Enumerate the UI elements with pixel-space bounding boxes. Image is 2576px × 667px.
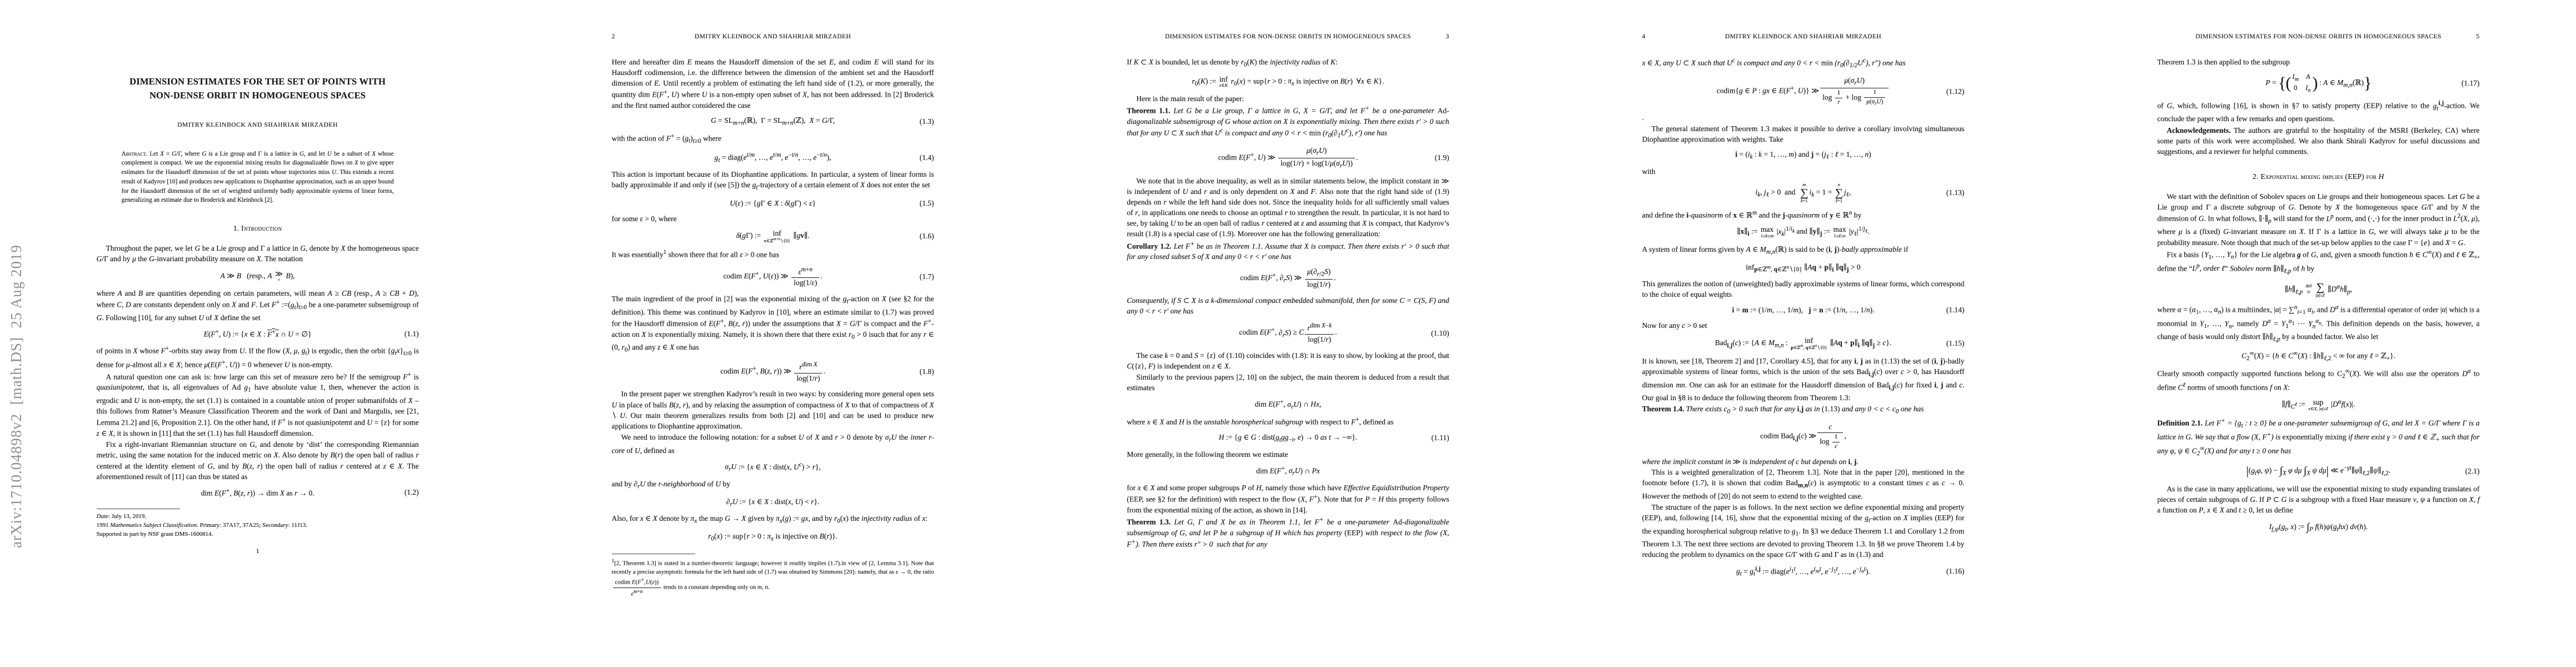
page-1-content: DIMENSION ESTIMATES FOR THE SET OF POINT… (97, 0, 419, 555)
paragraph: As is the case in many applications, we … (2158, 484, 2480, 515)
paragraph: for x ∈ X and some proper subgroups P of… (1127, 482, 1449, 515)
paragraph: of G, which, following [16], is shown in… (2158, 99, 2480, 124)
display-equation: codim E(F+, ∂rS) ≫ μ(∂r/2S)log(1/r). (1127, 267, 1449, 290)
paragraph: This generalizes the notion of (unweight… (1642, 278, 1965, 300)
equation-tag: (1.16) (1946, 567, 1965, 576)
paragraph: This action is important because of its … (612, 169, 934, 193)
equation-body: G = SLm+n(ℝ), Γ = SLm+n(ℤ), X = G/Γ, (711, 116, 835, 127)
page-5: DIMENSION ESTIMATES FOR NON-DENSE ORBITS… (2061, 0, 2576, 667)
equation-tag: (2.1) (2465, 467, 2480, 476)
paragraph: and by ∂rU the r-neighborhood of U by (612, 479, 934, 492)
equation-tag: (1.12) (1946, 87, 1965, 96)
header-page-number-right: 5 (2458, 33, 2480, 40)
display-equation: r0(x) := sup{r > 0 : πx is injective on … (612, 532, 934, 542)
display-equation: dim E(F+, σrU) ∩ Hx, (1127, 399, 1449, 410)
paragraph: The case k = 0 and S = {z} of (1.10) coi… (1127, 350, 1449, 371)
equation-body: A ≫ B (resp., A ≫+ B), (221, 270, 295, 282)
display-equation-2.1: |(gtφ, ψ) − ∫X φ dμ ∫X ψ dμ| ≪ e−γt∥φ∥ℓ,… (2158, 464, 2480, 478)
display-equation-1.7: codim E(F+, U(ε)) ≫ εm+nlog(1/ε).(1.7) (612, 266, 934, 288)
paper-scan: { "colors": { "background": "#ffffff", "… (0, 0, 2576, 667)
display-equation-1.1: E(F+, U) := {x ∈ X : F+x ∩ U = ∅}(1.1) (97, 328, 419, 339)
document-pages: DIMENSION ESTIMATES FOR THE SET OF POINT… (0, 0, 2576, 667)
equation-body: codim E(F+, U(ε)) ≫ εm+nlog(1/ε). (723, 266, 822, 288)
header-running-title: DIMENSION ESTIMATES FOR NON-DENSE ORBITS… (1149, 33, 1427, 40)
paragraph: Throughout the paper, we let G be a Lie … (97, 243, 419, 264)
header-page-number-left: 4 (1642, 33, 1665, 40)
equation-body: infp∈ℤm, q∈ℤn∖{0} ∥Aq + p∥i ∥q∥j > 0 (1746, 263, 1860, 273)
footnote-rule (612, 554, 695, 554)
equation-body: codim{g ∈ P : gx ∈ E(F+, U)} ≫μ(σrU)log … (1717, 76, 1890, 107)
display-equation-1.6: δ(gΓ) := infv∈ℤm+n∖{0} ∥gv∥.(1.6) (612, 230, 934, 243)
equation-tag: (1.8) (920, 367, 934, 376)
display-equation: r0(K) := infx∈K r0(x) = sup{r > 0 : πx i… (1127, 76, 1449, 88)
paper-abstract: Abstract. Let X = G/Γ, where G is a Lie … (122, 150, 394, 206)
display-equation: A ≫ B (resp., A ≫+ B), (97, 270, 419, 282)
equation-body: dim E(F+, B(z, r)) → dim X as r → 0. (201, 487, 314, 498)
paragraph: Similarly to the previous papers [2, 10]… (1127, 372, 1449, 393)
paper-title: DIMENSION ESTIMATES FOR THE SET OF POINT… (97, 75, 419, 103)
paragraph: We start with the definition of Sobolev … (2158, 191, 2480, 248)
running-header: 4DMITRY KLEINBOCK AND SHAHRIAR MIRZADEH (1642, 33, 1965, 40)
equation-body: dim E(F+, σrU) ∩ Px (1256, 465, 1320, 477)
header-page-number-left: 2 (612, 33, 634, 40)
display-equation-1.9: codim E(F+, U) ≫ μ(σrU)log(1/r) + log(1/… (1127, 146, 1449, 170)
paragraph: The structure of the paper is as follows… (1642, 502, 1965, 560)
equation-body: i = m := (1/m, …, 1/m), j = n := (1/n, …… (1732, 306, 1875, 315)
display-equation-1.17: P = {(ImA0In) : A ∈ Mm,n(ℝ)}(1.17) (2158, 73, 2480, 94)
equation-body: codim Badi,j(c) ≫clog 1c, (1760, 422, 1846, 451)
paragraph: A natural question one can ask is: how l… (97, 371, 419, 439)
equation-tag: (1.17) (2462, 79, 2480, 88)
paragraph: Here and hereafter dim E means the Hausd… (612, 57, 934, 111)
display-equation-1.16: gt = gti,j := diag(ei1t, …, eimt, e−j1t,… (1642, 566, 1965, 578)
display-equation: infp∈ℤm, q∈ℤn∖{0} ∥Aq + p∥i ∥q∥j > 0 (1642, 263, 1965, 273)
footnote: 1[2, Theorem 1.3] is stated in a number-… (612, 558, 934, 598)
equation-body: gt = diag(et/m, …, et/m, e−t/n, …, e−t/n… (715, 152, 831, 163)
theorem-paragraph: where the implicit constant in ≫ is inde… (1642, 456, 1965, 467)
paragraph: Here is the main result of the paper: (1127, 93, 1449, 104)
display-equation-1.11: H := {g ∈ G : dist(gtgg−t, e) → 0 as t →… (1127, 433, 1449, 444)
equation-tag: (1.3) (920, 117, 934, 126)
equation-tag: (1.1) (405, 330, 419, 339)
equation-body: codim E(F+, B(z, r)) ≫ rdim Xlog(1/r). (720, 361, 825, 383)
equation-body: ik, jℓ > 0 and m∑k=1ik = 1 = n∑ℓ=1jℓ, (1755, 182, 1851, 203)
paragraph: A system of linear forms given by A ∈ Mm… (1642, 244, 1965, 257)
equation-body: ∥h∥ℓ,p def= ∑|α|≤ℓ ∥Dαh∥p, (2285, 282, 2352, 298)
equation-tag: (1.5) (920, 199, 934, 208)
paper-authors: DMITRY KLEINBOCK AND SHAHRIAR MIRZADEH (97, 122, 419, 128)
running-header: 2DMITRY KLEINBOCK AND SHAHRIAR MIRZADEH (612, 33, 934, 40)
equation-body: i = (ik : k = 1, …, m) and j = (jℓ : ℓ =… (1735, 150, 1871, 161)
theorem-paragraph: Consequently, if S ⊂ X is a k-dimensiona… (1127, 295, 1449, 316)
paragraph: In the present paper we strengthen Kadyr… (612, 389, 934, 431)
equation-body: E(F+, U) := {x ∈ X : F+x ∩ U = ∅} (204, 328, 312, 339)
display-equation-1.8: codim E(F+, B(z, r)) ≫ rdim Xlog(1/r).(1… (612, 361, 934, 383)
theorem-paragraph: x ∈ X, any U ⊂ X such that Uc is compact… (1642, 57, 1965, 71)
display-equation: ∥h∥ℓ,p def= ∑|α|≤ℓ ∥Dαh∥p, (2158, 282, 2480, 298)
display-equation-1.15: Badi,j(c) := {A ∈ Mm,n : infp∈ℤm, q∈ℤn∖{… (1642, 337, 1965, 350)
equation-tag: (1.4) (920, 153, 934, 162)
paragraph: This is a weighted generalization of [2,… (1642, 467, 1965, 501)
arxiv-watermark: arXiv:1710.04898v2 [math.DS] 25 Aug 2019 (8, 132, 25, 660)
theorem-paragraph: Theorem 1.3. Let G, Γ and X be as in The… (1127, 516, 1449, 549)
display-equation: dim E(F+, σrU) ∩ Px (1127, 465, 1449, 477)
header-running-title: DIMENSION ESTIMATES FOR NON-DENSE ORBITS… (2180, 33, 2458, 40)
paragraph: Theorem 1.3 is then applied to the subgr… (2158, 57, 2480, 67)
equation-body: r0(K) := infx∈K r0(x) = sup{r > 0 : πx i… (1192, 76, 1384, 88)
footnote-rule (97, 509, 180, 509)
equation-body: U(ε) := {gΓ ∈ X : δ(gΓ) < ε} (730, 199, 816, 208)
equation-tag: (1.6) (920, 232, 934, 241)
equation-tag: (1.14) (1946, 306, 1965, 315)
paragraph: More generally, in the following theorem… (1127, 449, 1449, 460)
paragraph: Clearly smooth compactly supported funct… (2158, 367, 2480, 393)
equation-body: C2∞(X) = {h ∈ C∞(X) : ∥h∥ℓ,2 < ∞ for any… (2241, 350, 2395, 362)
paragraph: and define the i-quasinorm of x ∈ ℝm and… (1642, 209, 1965, 221)
equation-body: ∥x∥i := max1≤k≤m |xk|1/ik and ∥y∥j := ma… (1737, 226, 1869, 238)
equation-body: dim E(F+, σrU) ∩ Hx, (1255, 399, 1321, 410)
display-equation-1.12: codim{g ∈ P : gx ∈ E(F+, U)} ≫μ(σrU)log … (1642, 76, 1965, 107)
stray-period: . (1642, 112, 1965, 123)
equation-tag: (1.7) (920, 272, 934, 281)
page-3: DIMENSION ESTIMATES FOR NON-DENSE ORBITS… (1030, 0, 1546, 667)
equation-body: codim E(F+, ∂rS) ≥ Crdim X−klog(1/r). (1239, 322, 1337, 344)
display-equation-1.3: G = SLm+n(ℝ), Γ = SLm+n(ℤ), X = G/Γ,(1.3… (612, 116, 934, 127)
paragraph: We note that in the above inequality, as… (1127, 176, 1449, 240)
paragraph: Fix a right-invariant Riemannian structu… (97, 439, 419, 482)
page-number: 1 (97, 548, 419, 555)
paragraph: of points in X whose F+-orbits stay away… (97, 345, 419, 370)
header-page-number-right: 3 (1427, 33, 1449, 40)
page-3-content: DIMENSION ESTIMATES FOR NON-DENSE ORBITS… (1127, 0, 1449, 550)
running-header: DIMENSION ESTIMATES FOR NON-DENSE ORBITS… (2158, 33, 2480, 40)
equation-tag: (1.9) (1435, 153, 1449, 162)
paragraph: It is known, see [18, Theorem 2] and [17… (1642, 356, 1965, 404)
theorem-paragraph: Theorem 1.1. Let G be a Lie group, Γ a l… (1127, 104, 1449, 141)
paragraph: Now for any c > 0 set (1642, 320, 1965, 331)
page-5-content: DIMENSION ESTIMATES FOR NON-DENSE ORBITS… (2158, 0, 2480, 534)
display-equation: σrU := {x ∈ X : dist(x, Uc) > r}, (612, 461, 934, 473)
section-heading: 2. Exponential mixing implies (EEP) for … (2158, 172, 2480, 181)
equation-tag: (1.15) (1946, 339, 1965, 348)
display-equation: If,ψ(gt, x) := ∫P f(h)ψ(gthx) dν(h). (2158, 521, 2480, 534)
paragraph: The main ingredient of the proof in [2] … (612, 293, 934, 355)
equation-body: |(gtφ, ψ) − ∫X φ dμ ∫X ψ dμ| ≪ e−γt∥φ∥ℓ,… (2246, 464, 2391, 478)
paragraph: where A and B are quantities depending o… (97, 288, 419, 323)
equation-body: ∥f∥Cℓ := supx∈X, |α|≤ℓ |Dαf(x)|. (2281, 399, 2355, 411)
paragraph: with (1642, 166, 1965, 177)
paragraph: where x ∈ X and H is the unstable horosp… (1127, 416, 1449, 427)
paragraph: for some ε > 0, where (612, 213, 934, 224)
page-2: 2DMITRY KLEINBOCK AND SHAHRIAR MIRZADEHH… (515, 0, 1030, 667)
equation-body: codim E(F+, ∂rS) ≫ μ(∂r/2S)log(1/r). (1240, 267, 1336, 290)
header-running-title: DMITRY KLEINBOCK AND SHAHRIAR MIRZADEH (634, 33, 912, 40)
page-1: DIMENSION ESTIMATES FOR THE SET OF POINT… (0, 0, 515, 667)
equation-body: codim E(F+, U) ≫ μ(σrU)log(1/r) + log(1/… (1218, 146, 1358, 170)
display-equation: codim Badi,j(c) ≫clog 1c, (1642, 422, 1965, 451)
equation-body: If,ψ(gt, x) := ∫P f(h)ψ(gthx) dν(h). (2269, 521, 2368, 534)
paragraph: We need to introduce the following notat… (612, 432, 934, 456)
equation-tag: (1.2) (405, 488, 419, 497)
equation-body: δ(gΓ) := infv∈ℤm+n∖{0} ∥gv∥. (736, 230, 810, 243)
display-equation: ∥x∥i := max1≤k≤m |xk|1/ik and ∥y∥j := ma… (1642, 226, 1965, 238)
equation-body: ∂rU := {x ∈ X : dist(x, U) < r}. (726, 497, 819, 508)
display-equation: C2∞(X) = {h ∈ C∞(X) : ∥h∥ℓ,2 < ∞ for any… (2158, 350, 2480, 362)
display-equation: ∥f∥Cℓ := supx∈X, |α|≤ℓ |Dαf(x)|. (2158, 399, 2480, 411)
display-equation-1.5: U(ε) := {gΓ ∈ X : δ(gΓ) < ε}(1.5) (612, 198, 934, 208)
paragraph: Acknowledgements. The authors are gratef… (2158, 125, 2480, 157)
theorem-paragraph: Theorem 1.4. There exists c0 > 0 such th… (1642, 404, 1965, 417)
display-equation-1.14: i = m := (1/m, …, 1/m), j = n := (1/n, …… (1642, 306, 1965, 315)
paragraph: with the action of F+ = (gt)t≥0 where (612, 132, 934, 146)
running-header: DIMENSION ESTIMATES FOR NON-DENSE ORBITS… (1127, 33, 1449, 40)
page-4-content: 4DMITRY KLEINBOCK AND SHAHRIAR MIRZADEHx… (1642, 0, 1965, 578)
footnote: Date: July 13, 2019.1991 Mathematics Sub… (97, 512, 419, 539)
paragraph: If K ⊂ X is bounded, let us denote by r0… (1127, 57, 1449, 70)
display-equation: ∂rU := {x ∈ X : dist(x, U) < r}. (612, 497, 934, 508)
theorem-paragraph: Definition 2.1. Let F+ = {gt : t ≥ 0} be… (2158, 417, 2480, 459)
section-heading: 1. Introduction (97, 224, 419, 233)
display-equation-1.4: gt = diag(et/m, …, et/m, e−t/n, …, e−t/n… (612, 152, 934, 163)
paragraph: where α = (α1, …, αn) is a multiindex, |… (2158, 303, 2480, 345)
equation-tag: (1.11) (1431, 434, 1449, 442)
paragraph: It was essentially1 shown there that for… (612, 248, 934, 260)
display-equation-1.10: codim E(F+, ∂rS) ≥ Crdim X−klog(1/r).(1.… (1127, 322, 1449, 344)
equation-body: Badi,j(c) := {A ∈ Mm,n : infp∈ℤm, q∈ℤn∖{… (1715, 337, 1891, 350)
theorem-paragraph: Corollary 1.2. Let F+ be as in Theorem 1… (1127, 240, 1449, 262)
header-running-title: DMITRY KLEINBOCK AND SHAHRIAR MIRZADEH (1665, 33, 1942, 40)
equation-tag: (1.10) (1431, 329, 1449, 338)
equation-tag: (1.13) (1946, 188, 1965, 197)
page-2-content: 2DMITRY KLEINBOCK AND SHAHRIAR MIRZADEHH… (612, 0, 934, 598)
equation-body: H := {g ∈ G : dist(gtgg−t, e) → 0 as t →… (1219, 433, 1357, 444)
paragraph: Also, for x ∈ X denote by πx the map G →… (612, 513, 934, 526)
page-4: 4DMITRY KLEINBOCK AND SHAHRIAR MIRZADEHx… (1546, 0, 2061, 667)
equation-body: P = {(ImA0In) : A ∈ Mm,n(ℝ)} (2265, 73, 2371, 94)
display-equation-1.2: dim E(F+, B(z, r)) → dim X as r → 0.(1.2… (97, 487, 419, 498)
paragraph: The general statement of Theorem 1.3 mak… (1642, 123, 1965, 145)
equation-body: r0(x) := sup{r > 0 : πx is injective on … (708, 532, 838, 542)
equation-body: gt = gti,j := diag(ei1t, …, eimt, e−j1t,… (1736, 566, 1870, 578)
equation-body: σrU := {x ∈ X : dist(x, Uc) > r}, (725, 461, 820, 473)
display-equation: i = (ik : k = 1, …, m) and j = (jℓ : ℓ =… (1642, 150, 1965, 161)
paragraph: Fix a basis {Y1, …, Yn} for the Lie alge… (2158, 248, 2480, 276)
display-equation-1.13: ik, jℓ > 0 and m∑k=1ik = 1 = n∑ℓ=1jℓ,(1.… (1642, 182, 1965, 203)
